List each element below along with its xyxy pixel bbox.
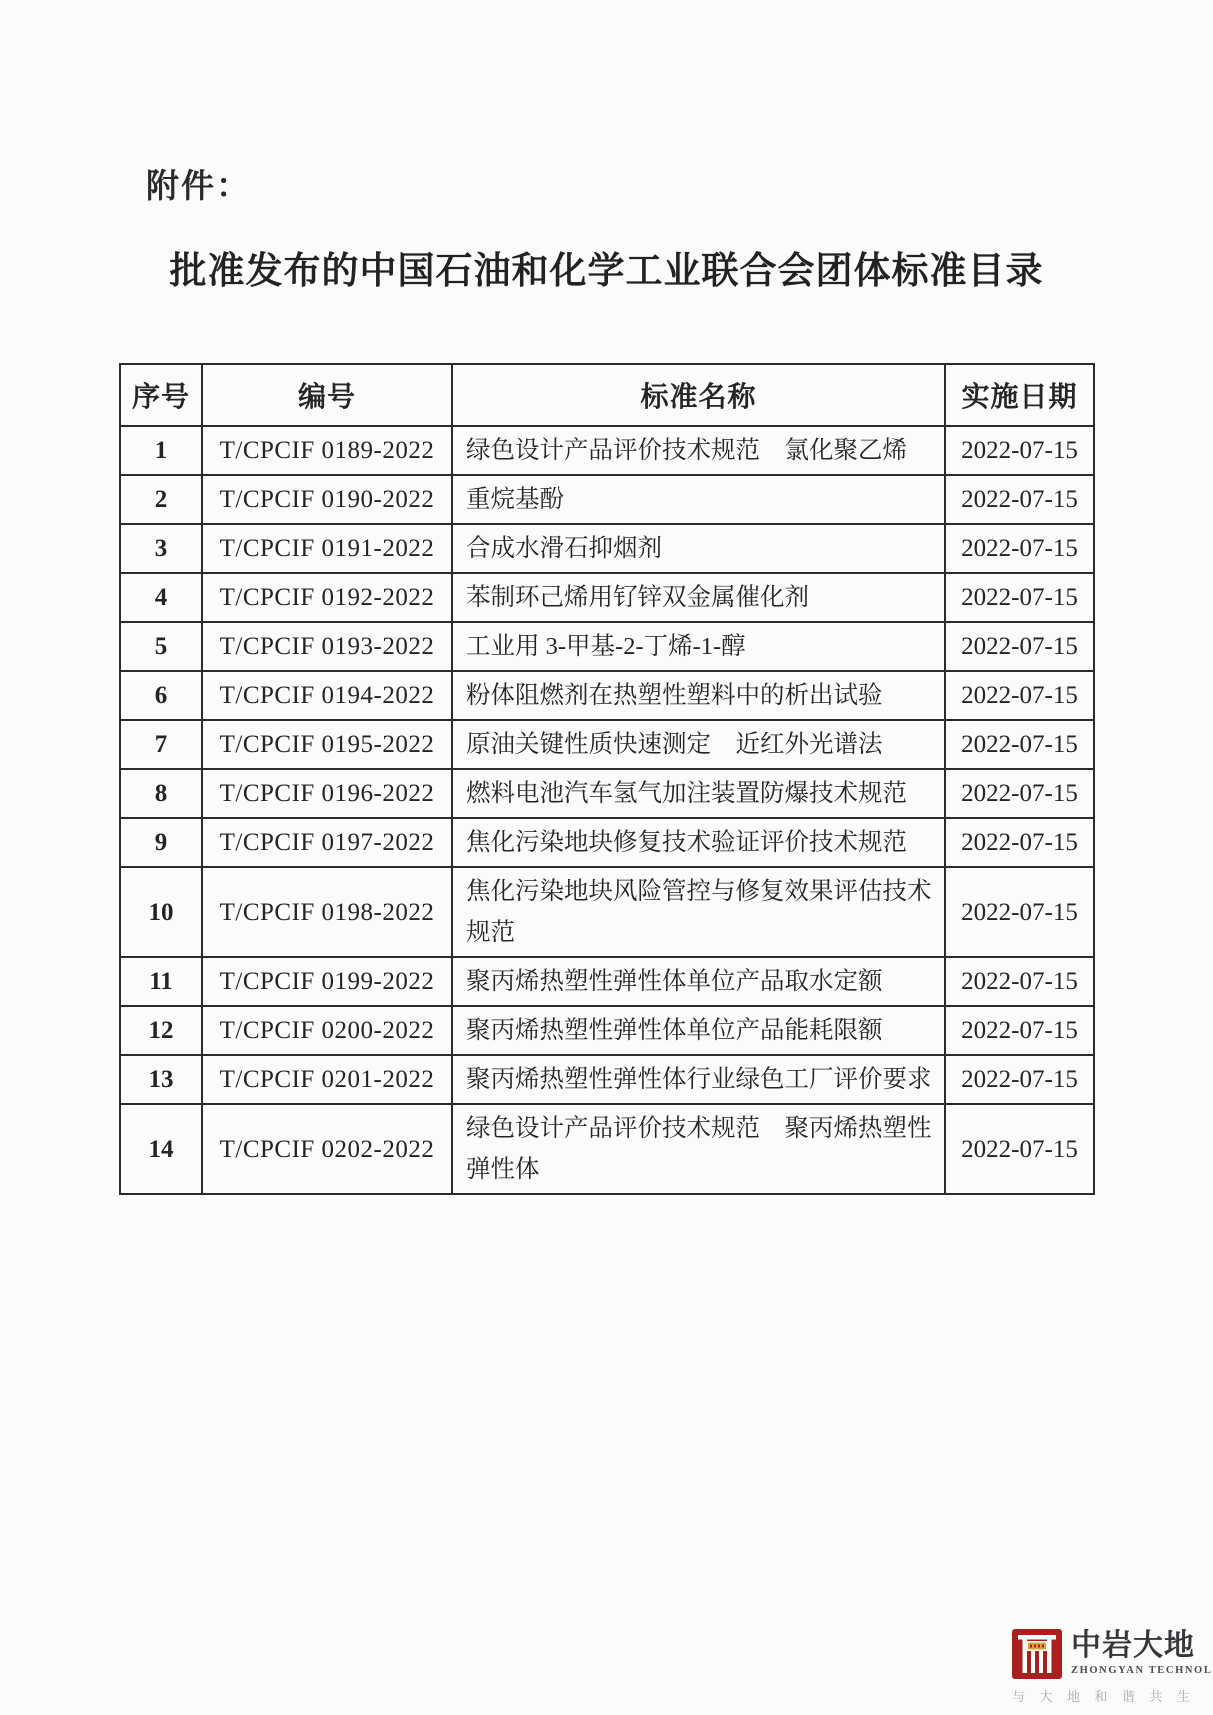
standard-name-cell: 聚丙烯热塑性弹性体行业绿色工厂评价要求 (452, 1055, 945, 1104)
standard-name-cell: 燃料电池汽车氢气加注装置防爆技术规范 (452, 769, 945, 818)
logo-slogan: 与大地和谐共生 (1012, 1686, 1190, 1705)
row-index-cell: 6 (120, 671, 202, 720)
row-index-cell: 10 (120, 867, 202, 957)
row-index-cell: 2 (120, 475, 202, 524)
logo-company-subtitle: ZHONGYAN TECHNOLOGY (1071, 1665, 1213, 1676)
table-row: 2T/CPCIF 0190-2022重烷基酚2022-07-15 (120, 475, 1094, 524)
row-index-cell: 9 (120, 818, 202, 867)
logo-row: 中岩大地® ZHONGYAN TECHNOLOGY (1012, 1629, 1192, 1679)
implementation-date-cell: 2022-07-15 (945, 818, 1094, 867)
table-row: 13T/CPCIF 0201-2022聚丙烯热塑性弹性体行业绿色工厂评价要求20… (120, 1055, 1094, 1104)
attachment-label: 附件： (146, 160, 251, 207)
standards-table-body: 1T/CPCIF 0189-2022绿色设计产品评价技术规范 氯化聚乙烯2022… (120, 426, 1094, 1194)
header-cell-index: 序号 (120, 364, 202, 426)
implementation-date-cell: 2022-07-15 (945, 426, 1094, 475)
standard-code-cell: T/CPCIF 0194-2022 (202, 671, 452, 720)
table-row: 5T/CPCIF 0193-2022工业用 3-甲基-2-丁烯-1-醇2022-… (120, 622, 1094, 671)
standard-code-cell: T/CPCIF 0195-2022 (202, 720, 452, 769)
row-index-cell: 14 (120, 1104, 202, 1194)
implementation-date-cell: 2022-07-15 (945, 475, 1094, 524)
standard-code-cell: T/CPCIF 0190-2022 (202, 475, 452, 524)
logo-slogan-char: 生 (1177, 1686, 1190, 1705)
standard-code-cell: T/CPCIF 0202-2022 (202, 1104, 452, 1194)
standard-code-cell: T/CPCIF 0200-2022 (202, 1006, 452, 1055)
standard-name-cell: 苯制环己烯用钌锌双金属催化剂 (452, 573, 945, 622)
implementation-date-cell: 2022-07-15 (945, 524, 1094, 573)
document-page: 附件： 批准发布的中国石油和化学工业联合会团体标准目录 序号 编号 标准名称 实… (0, 0, 1213, 1715)
table-row: 11T/CPCIF 0199-2022聚丙烯热塑性弹性体单位产品取水定额2022… (120, 957, 1094, 1006)
table-row: 3T/CPCIF 0191-2022合成水滑石抑烟剂2022-07-15 (120, 524, 1094, 573)
logo-slogan-char: 与 (1012, 1686, 1025, 1705)
logo-company-name-text: 中岩大地 (1071, 1629, 1195, 1662)
row-index-cell: 3 (120, 524, 202, 573)
standard-code-cell: T/CPCIF 0192-2022 (202, 573, 452, 622)
standard-name-cell: 焦化污染地块修复技术验证评价技术规范 (452, 818, 945, 867)
standard-code-cell: T/CPCIF 0193-2022 (202, 622, 452, 671)
standard-name-cell: 工业用 3-甲基-2-丁烯-1-醇 (452, 622, 945, 671)
row-index-cell: 13 (120, 1055, 202, 1104)
standard-code-cell: T/CPCIF 0196-2022 (202, 769, 452, 818)
table-row: 14T/CPCIF 0202-2022绿色设计产品评价技术规范 聚丙烯热塑性弹性… (120, 1104, 1094, 1194)
table-header-row: 序号 编号 标准名称 实施日期 (120, 364, 1094, 426)
row-index-cell: 7 (120, 720, 202, 769)
table-row: 1T/CPCIF 0189-2022绿色设计产品评价技术规范 氯化聚乙烯2022… (120, 426, 1094, 475)
standard-name-cell: 聚丙烯热塑性弹性体单位产品取水定额 (452, 957, 945, 1006)
standard-name-cell: 原油关键性质快速测定 近红外光谱法 (452, 720, 945, 769)
logo-slogan-char: 大 (1039, 1686, 1052, 1705)
standard-name-cell: 合成水滑石抑烟剂 (452, 524, 945, 573)
table-row: 6T/CPCIF 0194-2022粉体阻燃剂在热塑性塑料中的析出试验2022-… (120, 671, 1094, 720)
header-cell-code: 编号 (202, 364, 452, 426)
row-index-cell: 5 (120, 622, 202, 671)
page-title: 批准发布的中国石油和化学工业联合会团体标准目录 (0, 240, 1213, 294)
row-index-cell: 4 (120, 573, 202, 622)
implementation-date-cell: 2022-07-15 (945, 622, 1094, 671)
implementation-date-cell: 2022-07-15 (945, 1104, 1094, 1194)
table-row: 8T/CPCIF 0196-2022燃料电池汽车氢气加注装置防爆技术规范2022… (120, 769, 1094, 818)
implementation-date-cell: 2022-07-15 (945, 720, 1094, 769)
table-row: 9T/CPCIF 0197-2022焦化污染地块修复技术验证评价技术规范2022… (120, 818, 1094, 867)
standard-code-cell: T/CPCIF 0198-2022 (202, 867, 452, 957)
logo-text-block: 中岩大地® ZHONGYAN TECHNOLOGY (1071, 1629, 1213, 1676)
logo-slogan-char: 和 (1094, 1686, 1107, 1705)
logo-slogan-char: 共 (1149, 1686, 1162, 1705)
row-index-cell: 8 (120, 769, 202, 818)
implementation-date-cell: 2022-07-15 (945, 1006, 1094, 1055)
standard-name-cell: 绿色设计产品评价技术规范 氯化聚乙烯 (452, 426, 945, 475)
standards-table: 序号 编号 标准名称 实施日期 1T/CPCIF 0189-2022绿色设计产品… (119, 363, 1095, 1195)
implementation-date-cell: 2022-07-15 (945, 671, 1094, 720)
standard-name-cell: 粉体阻燃剂在热塑性塑料中的析出试验 (452, 671, 945, 720)
table-row: 12T/CPCIF 0200-2022聚丙烯热塑性弹性体单位产品能耗限额2022… (120, 1006, 1094, 1055)
row-index-cell: 1 (120, 426, 202, 475)
implementation-date-cell: 2022-07-15 (945, 957, 1094, 1006)
logo-slogan-char: 地 (1067, 1686, 1080, 1705)
row-index-cell: 11 (120, 957, 202, 1006)
header-cell-name: 标准名称 (452, 364, 945, 426)
implementation-date-cell: 2022-07-15 (945, 573, 1094, 622)
header-cell-date: 实施日期 (945, 364, 1094, 426)
standard-code-cell: T/CPCIF 0199-2022 (202, 957, 452, 1006)
implementation-date-cell: 2022-07-15 (945, 769, 1094, 818)
standard-code-cell: T/CPCIF 0189-2022 (202, 426, 452, 475)
table-row: 4T/CPCIF 0192-2022苯制环己烯用钌锌双金属催化剂2022-07-… (120, 573, 1094, 622)
logo-company-name: 中岩大地® (1071, 1629, 1213, 1663)
standard-code-cell: T/CPCIF 0197-2022 (202, 818, 452, 867)
implementation-date-cell: 2022-07-15 (945, 867, 1094, 957)
table-row: 10T/CPCIF 0198-2022焦化污染地块风险管控与修复效果评估技术规范… (120, 867, 1094, 957)
standard-name-cell: 重烷基酚 (452, 475, 945, 524)
company-logo: 中岩大地® ZHONGYAN TECHNOLOGY 与大地和谐共生 (1012, 1629, 1192, 1705)
row-index-cell: 12 (120, 1006, 202, 1055)
standard-name-cell: 绿色设计产品评价技术规范 聚丙烯热塑性弹性体 (452, 1104, 945, 1194)
logo-slogan-char: 谐 (1122, 1686, 1135, 1705)
table-row: 7T/CPCIF 0195-2022原油关键性质快速测定 近红外光谱法2022-… (120, 720, 1094, 769)
standard-code-cell: T/CPCIF 0201-2022 (202, 1055, 452, 1104)
logo-mark-icon (1012, 1629, 1062, 1679)
implementation-date-cell: 2022-07-15 (945, 1055, 1094, 1104)
standard-name-cell: 聚丙烯热塑性弹性体单位产品能耗限额 (452, 1006, 945, 1055)
standard-name-cell: 焦化污染地块风险管控与修复效果评估技术规范 (452, 867, 945, 957)
standard-code-cell: T/CPCIF 0191-2022 (202, 524, 452, 573)
